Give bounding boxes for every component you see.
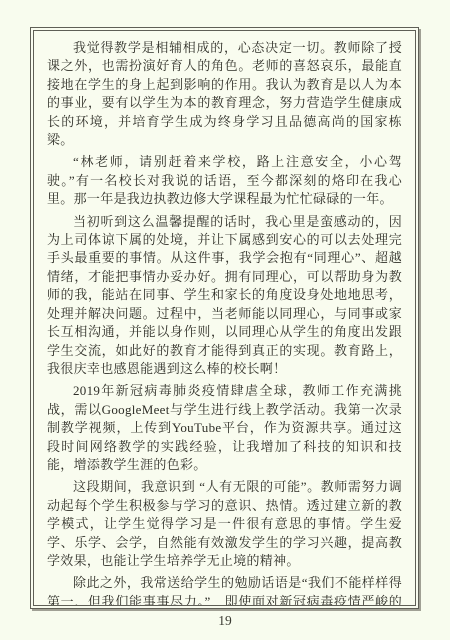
- page-number: 19: [0, 613, 450, 629]
- paragraph: 我觉得教学是相辅相成的，心态决定一切。教师除了授课之外，也需扮演好育人的角色。老…: [47, 39, 402, 149]
- paragraph: 2019年新冠病毒肺炎疫情肆虐全球，教师工作充满挑战，需以GoogleMeet与…: [47, 382, 402, 474]
- scanned-document-page: 我觉得教学是相辅相成的，心态决定一切。教师除了授课之外，也需扮演好育人的角色。老…: [0, 0, 450, 640]
- paragraph: 当初听到这么温馨提醒的话时，我心里是蛮感动的，因为上司体谅下属的处境，并让下属感…: [47, 213, 402, 379]
- text-frame: 我觉得教学是相辅相成的，心态决定一切。教师除了授课之外，也需扮演好育人的角色。老…: [30, 27, 419, 609]
- paragraph: “林老师，请别赶着来学校，路上注意安全，小心驾驶。”有一名校长对我说的话语，至今…: [47, 153, 402, 208]
- paragraph-list: 我觉得教学是相辅相成的，心态决定一切。教师除了授课之外，也需扮演好育人的角色。老…: [47, 39, 402, 609]
- paragraph: 这段期间，我意识到 “人有无限的可能”。教师需努力调动起每个学生积极参与学习的意…: [47, 478, 402, 570]
- paragraph: 除此之外，我常送给学生的勉励话语是“我们不能样样得第一，但我们能事事尽力。” 即…: [47, 574, 402, 609]
